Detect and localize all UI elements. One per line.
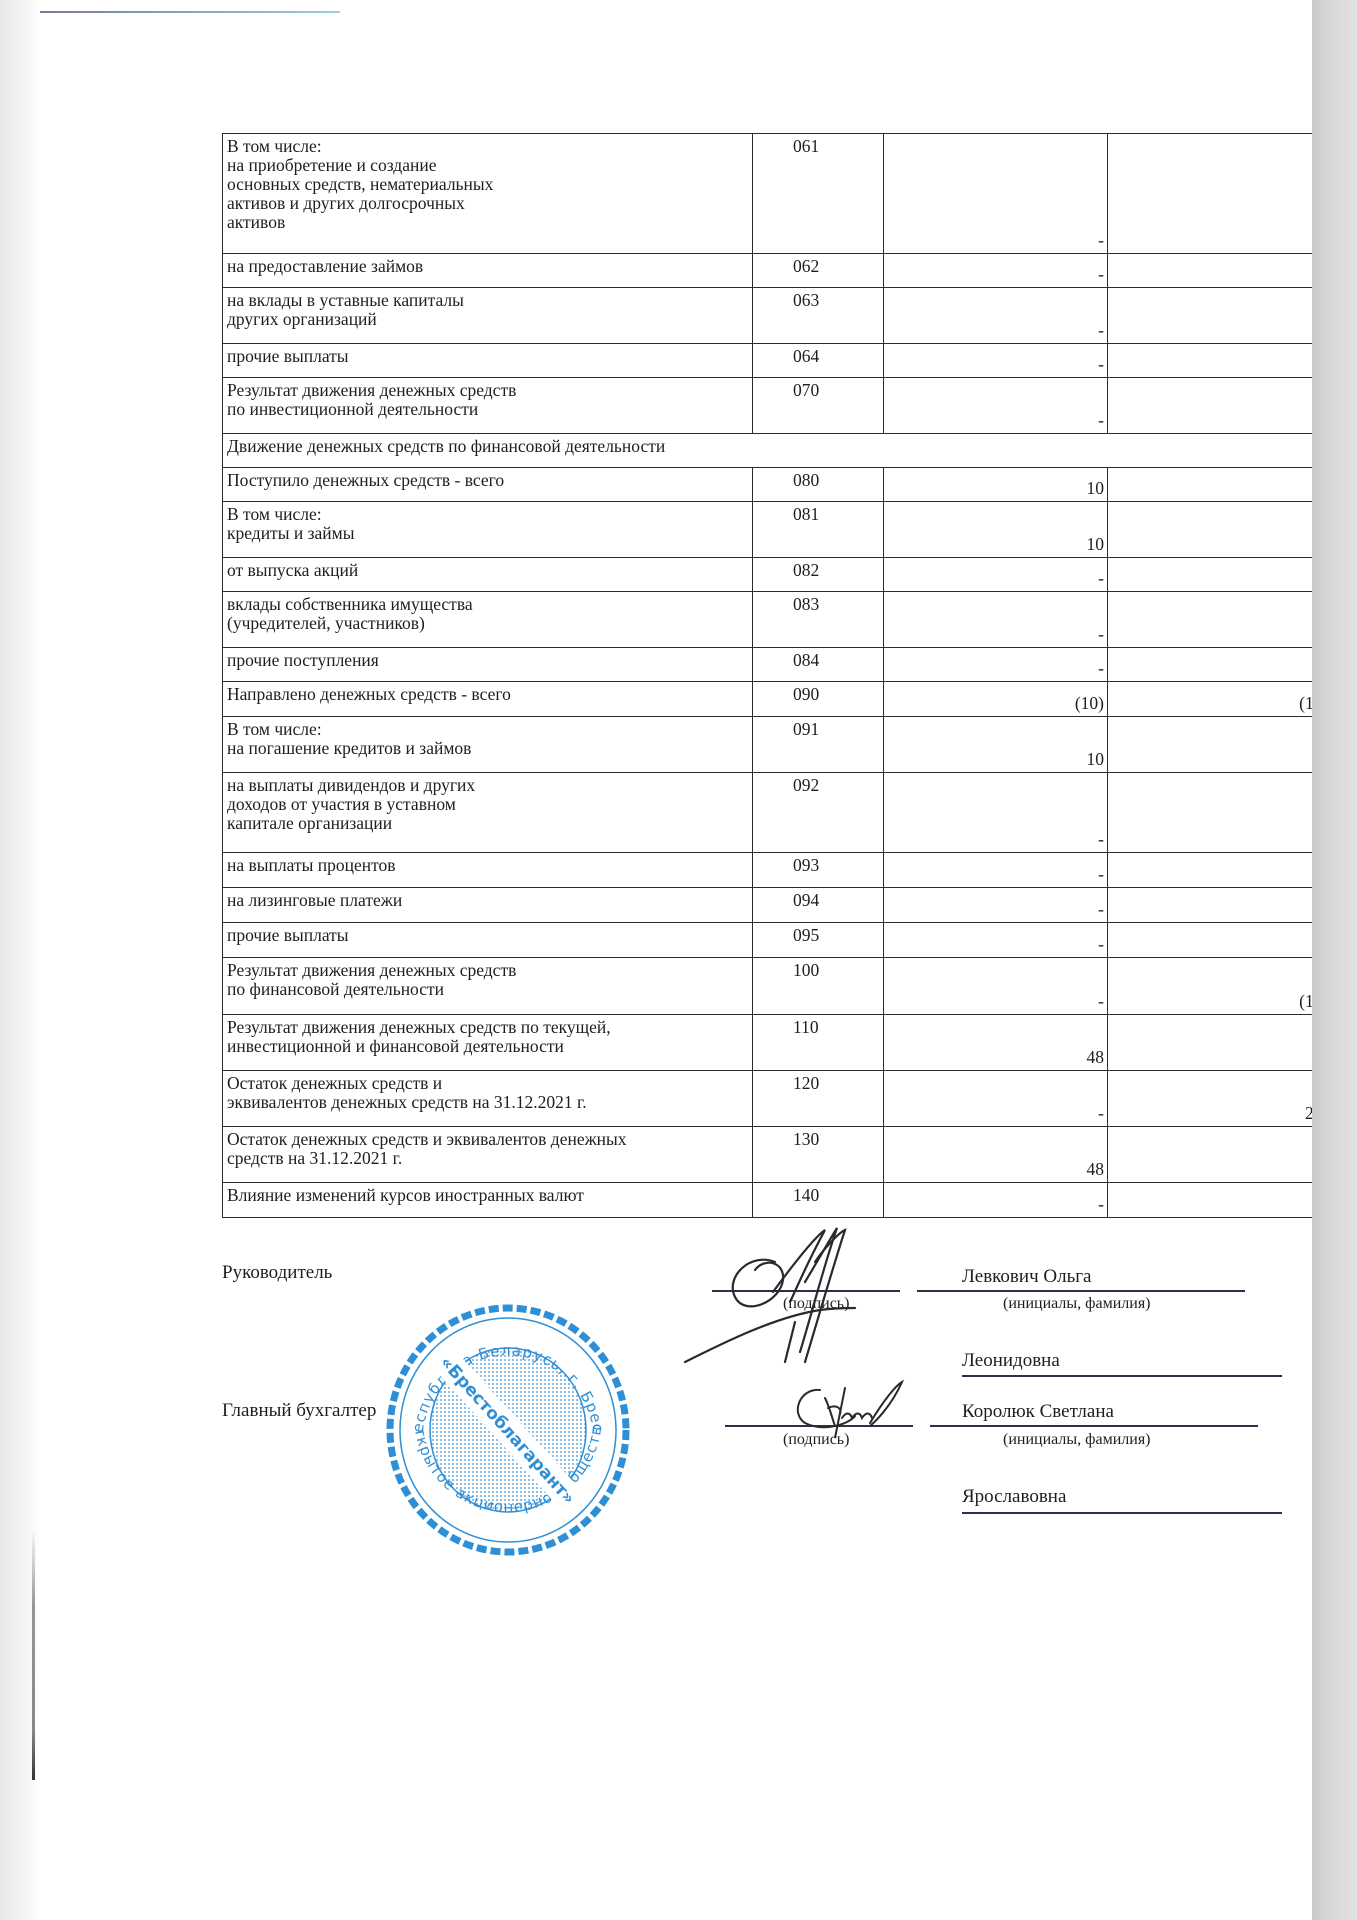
row-code: 092: [753, 773, 884, 853]
table-row: Результат движения денежных средств по ф…: [223, 958, 1313, 1015]
row-previous-value: [1108, 888, 1313, 923]
row-current-value: (10): [884, 682, 1108, 717]
row-previous-value: 4: [1108, 1127, 1313, 1183]
row-code: 090: [753, 682, 884, 717]
table-row: Направлено денежных средств - всего090(1…: [223, 682, 1313, 717]
accountant-name-caption: (инициалы, фамилия): [1003, 1431, 1151, 1449]
row-current-value: -: [884, 254, 1108, 288]
row-label: Результат движения денежных средств по ф…: [223, 958, 753, 1015]
row-code: 093: [753, 853, 884, 888]
table-row: на выплаты дивидендов и других доходов о…: [223, 773, 1313, 853]
row-current-value: -: [884, 888, 1108, 923]
row-current-value: 10: [884, 717, 1108, 773]
row-current-value: -: [884, 558, 1108, 592]
row-current-value: -: [884, 344, 1108, 378]
row-code: 083: [753, 592, 884, 648]
head-name-line: [917, 1290, 1245, 1292]
row-previous-value: [1108, 558, 1313, 592]
row-current-value: -: [884, 853, 1108, 888]
row-label: на выплаты дивидендов и других доходов о…: [223, 773, 753, 853]
row-code: 063: [753, 288, 884, 344]
head-handwritten-signature: [655, 1222, 915, 1382]
row-previous-value: [1108, 773, 1313, 853]
table-row: В том числе: на погашение кредитов и зай…: [223, 717, 1313, 773]
table-row: прочие выплаты064-: [223, 344, 1313, 378]
row-previous-value: [1108, 853, 1313, 888]
row-previous-value: [1108, 648, 1313, 682]
accountant-name-patronymic: Ярославовна: [962, 1486, 1066, 1508]
row-previous-value: [1108, 378, 1313, 434]
row-code: 130: [753, 1127, 884, 1183]
table-row: Остаток денежных средств и эквивалентов …: [223, 1071, 1313, 1127]
table-row: Поступило денежных средств - всего08010: [223, 468, 1313, 502]
row-label: на выплаты процентов: [223, 853, 753, 888]
head-name: Левкович Ольга: [962, 1266, 1091, 1288]
row-current-value: 48: [884, 1127, 1108, 1183]
row-label: на вклады в уставные капиталы других орг…: [223, 288, 753, 344]
row-code: 081: [753, 502, 884, 558]
row-label: прочие выплаты: [223, 344, 753, 378]
accountant-handwritten-signature: [770, 1378, 920, 1438]
row-current-value: -: [884, 958, 1108, 1015]
row-previous-value: 2: [1108, 1015, 1313, 1071]
row-current-value: 48: [884, 1015, 1108, 1071]
row-label: Влияние изменений курсов иностранных вал…: [223, 1183, 753, 1218]
row-previous-value: [1108, 134, 1313, 254]
row-code: 091: [753, 717, 884, 773]
table-row: Влияние изменений курсов иностранных вал…: [223, 1183, 1313, 1218]
table-row: Результат движения денежных средств по и…: [223, 378, 1313, 434]
row-code: 094: [753, 888, 884, 923]
row-label: прочие поступления: [223, 648, 753, 682]
accountant-name: Королюк Светлана: [962, 1401, 1114, 1423]
table-row: прочие выплаты095-: [223, 923, 1313, 958]
head-patronymic-line: [962, 1375, 1282, 1377]
row-code: 140: [753, 1183, 884, 1218]
row-previous-value: 21: [1108, 1071, 1313, 1127]
row-label: Результат движения денежных средств по т…: [223, 1015, 753, 1071]
row-current-value: -: [884, 648, 1108, 682]
company-stamp: * Республика Беларусь, г. Брест * Открыт…: [383, 1302, 633, 1557]
table-row: прочие поступления084-: [223, 648, 1313, 682]
row-code: 062: [753, 254, 884, 288]
row-current-value: -: [884, 1071, 1108, 1127]
row-label: вклады собственника имущества (учредител…: [223, 592, 753, 648]
row-previous-value: 1: [1108, 717, 1313, 773]
row-code: 061: [753, 134, 884, 254]
row-current-value: -: [884, 773, 1108, 853]
row-code: 070: [753, 378, 884, 434]
head-name-patronymic: Леонидовна: [962, 1350, 1060, 1372]
row-code: 110: [753, 1015, 884, 1071]
head-role-label: Руководитель: [222, 1262, 332, 1284]
row-current-value: -: [884, 134, 1108, 254]
row-current-value: -: [884, 1183, 1108, 1218]
table-row: В том числе: кредиты и займы08110: [223, 502, 1313, 558]
table-row: Остаток денежных средств и эквивалентов …: [223, 1127, 1313, 1183]
row-previous-value: [1108, 923, 1313, 958]
row-label: Остаток денежных средств и эквивалентов …: [223, 1071, 753, 1127]
row-previous-value: [1108, 468, 1313, 502]
table-row: Результат движения денежных средств по т…: [223, 1015, 1313, 1071]
row-previous-value: [1108, 254, 1313, 288]
row-label: В том числе: кредиты и займы: [223, 502, 753, 558]
row-previous-value: [1108, 344, 1313, 378]
row-previous-value: [1108, 592, 1313, 648]
head-name-caption: (инициалы, фамилия): [1003, 1295, 1151, 1313]
row-code: 100: [753, 958, 884, 1015]
row-code: 084: [753, 648, 884, 682]
row-previous-value: -: [1108, 1183, 1313, 1218]
row-code: 082: [753, 558, 884, 592]
row-label: на предоставление займов: [223, 254, 753, 288]
scan-right-edge: [1312, 0, 1357, 1920]
row-current-value: 10: [884, 468, 1108, 502]
row-current-value: -: [884, 378, 1108, 434]
table-row: на вклады в уставные капиталы других орг…: [223, 288, 1313, 344]
row-code: 064: [753, 344, 884, 378]
table-row: на выплаты процентов093-: [223, 853, 1313, 888]
row-code: 080: [753, 468, 884, 502]
row-current-value: -: [884, 592, 1108, 648]
row-label: на лизинговые платежи: [223, 888, 753, 923]
accountant-name-line: [930, 1425, 1258, 1427]
row-label: прочие выплаты: [223, 923, 753, 958]
row-current-value: -: [884, 288, 1108, 344]
table-row: от выпуска акций082-: [223, 558, 1313, 592]
table-row: В том числе: на приобретение и создание …: [223, 134, 1313, 254]
row-label: Поступило денежных средств - всего: [223, 468, 753, 502]
section-title: Движение денежных средств по финансовой …: [223, 434, 1313, 468]
row-label: В том числе: на приобретение и создание …: [223, 134, 753, 254]
row-label: В том числе: на погашение кредитов и зай…: [223, 717, 753, 773]
row-current-value: -: [884, 923, 1108, 958]
row-code: 120: [753, 1071, 884, 1127]
row-code: 095: [753, 923, 884, 958]
section-header-row: Движение денежных средств по финансовой …: [223, 434, 1313, 468]
table-row: на лизинговые платежи094-: [223, 888, 1313, 923]
table-row: вклады собственника имущества (учредител…: [223, 592, 1313, 648]
page: В том числе: на приобретение и создание …: [0, 0, 1312, 1920]
row-previous-value: (15: [1108, 958, 1313, 1015]
row-label: Направлено денежных средств - всего: [223, 682, 753, 717]
row-current-value: 10: [884, 502, 1108, 558]
row-previous-value: (15: [1108, 682, 1313, 717]
row-previous-value: [1108, 288, 1313, 344]
accountant-patronymic-line: [962, 1512, 1282, 1514]
row-previous-value: [1108, 502, 1313, 558]
cash-flow-table: В том числе: на приобретение и создание …: [222, 133, 1312, 1218]
accountant-role-label: Главный бухгалтер: [222, 1400, 376, 1422]
row-label: Результат движения денежных средств по и…: [223, 378, 753, 434]
row-label: Остаток денежных средств и эквивалентов …: [223, 1127, 753, 1183]
row-label: от выпуска акций: [223, 558, 753, 592]
table-row: на предоставление займов062-: [223, 254, 1313, 288]
